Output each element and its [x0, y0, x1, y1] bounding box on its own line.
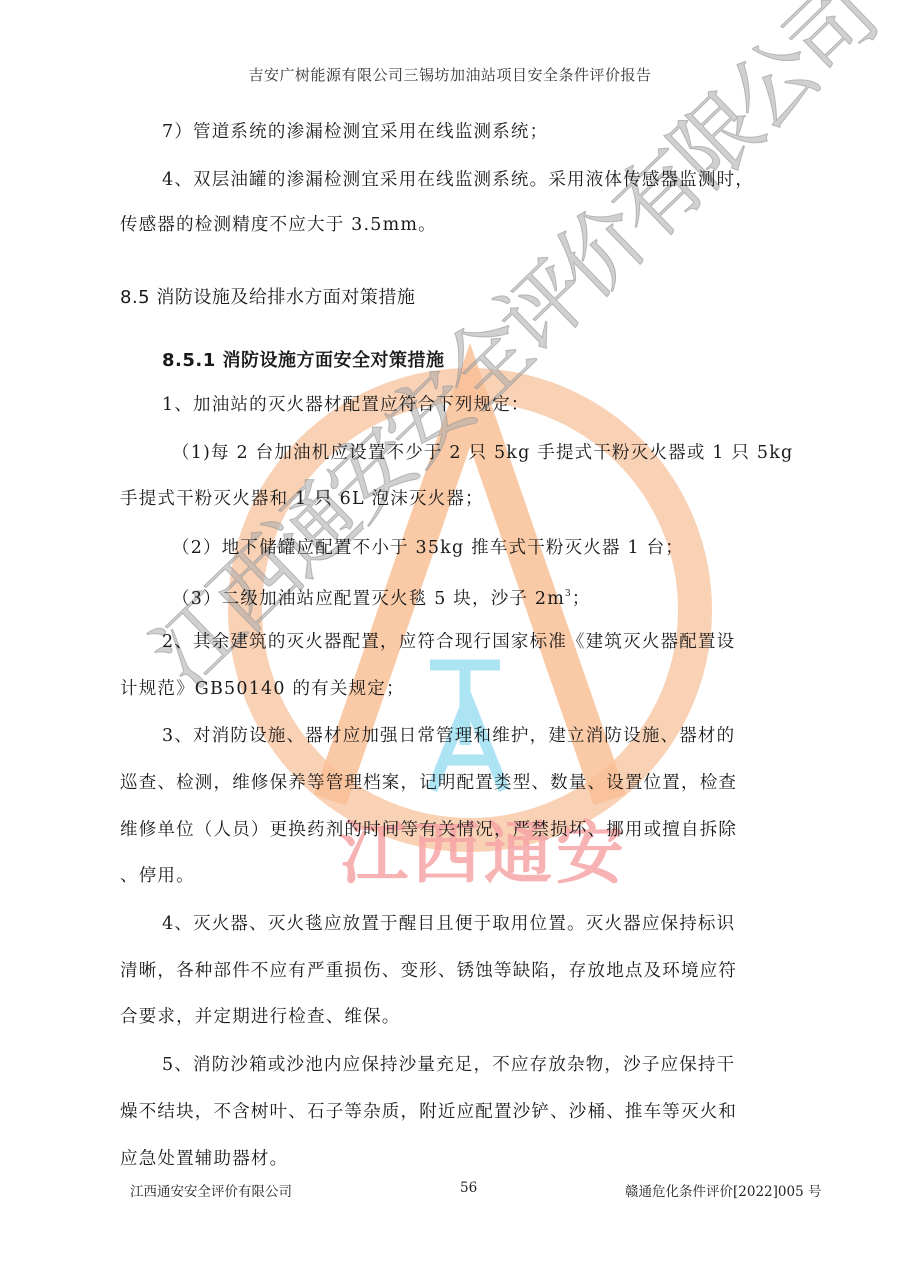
paragraph-4b-line-2: 清晰，各种部件不应有严重损伤、变形、锈蚀等缺陷，存放地点及环境应符 — [120, 959, 820, 983]
list-item-7: 7）管道系统的渗漏检测宜采用在线监测系统； — [162, 120, 862, 144]
paragraph-3-line-1: 3、对消防设施、器材应加强日常管理和维护，建立消防设施、器材的 — [162, 724, 862, 748]
footer-company: 江西通安安全评价有限公司 — [130, 1180, 292, 1200]
paragraph-1-sub-3: （3）二级加油站应配置灭火毯 5 块，沙子 2m3； — [172, 582, 872, 611]
paragraph-1-sub-1-line-2: 手提式干粉灭火器和 1 只 6L 泡沫灭火器； — [120, 487, 820, 511]
running-header: 吉安广树能源有限公司三锡坊加油站项目安全条件评价报告 — [0, 64, 900, 85]
paragraph-1-sub-1-line-1: （1)每 2 台加油机应设置不少于 2 只 5kg 手提式干粉灭火器或 1 只 … — [172, 441, 872, 465]
paragraph-4-line-2: 传感器的检测精度不应大于 3.5mm。 — [120, 213, 820, 237]
footer-report-number: 赣通危化条件评价[2022]005 号 — [625, 1180, 821, 1200]
paragraph-1: 1、加油站的灭火器材配置应符合下列规定： — [162, 393, 862, 417]
paragraph-5-line-3: 应急处置辅助器材。 — [120, 1147, 820, 1171]
paragraph-5-line-1: 5、消防沙箱或沙池内应保持沙量充足，不应存放杂物，沙子应保持干 — [162, 1053, 862, 1077]
page-content: 吉安广树能源有限公司三锡坊加油站项目安全条件评价报告 7）管道系统的渗漏检测宜采… — [0, 0, 900, 1272]
paragraph-4b-line-3: 合要求，并定期进行检查、维保。 — [120, 1005, 820, 1029]
paragraph-1-sub-2: （2）地下储罐应配置不小于 35kg 推车式干粉灭火器 1 台； — [172, 536, 872, 560]
paragraph-4b-line-1: 4、灭火器、灭火毯应放置于醒目且便于取用位置。灭火器应保持标识 — [162, 912, 862, 936]
section-heading-8-5-1: 8.5.1 消防设施方面安全对策措施 — [162, 346, 445, 372]
paragraph-1-sub-3-end: ； — [572, 589, 591, 609]
superscript-cubic: 3 — [565, 589, 572, 599]
paragraph-3-line-4: 、停用。 — [120, 864, 820, 888]
paragraph-3-line-2: 巡查、检测，维修保养等管理档案，记明配置类型、数量、设置位置，检查 — [120, 771, 820, 795]
paragraph-5-line-2: 燥不结块，不含树叶、石子等杂质，附近应配置沙铲、沙桶、推车等灭火和 — [120, 1100, 820, 1124]
footer-page-number: 56 — [460, 1180, 477, 1196]
paragraph-2-line-2: 计规范》GB50140 的有关规定； — [120, 677, 820, 701]
paragraph-2-line-1: 2、其余建筑的灭火器配置，应符合现行国家标准《建筑灭火器配置设 — [162, 630, 862, 654]
paragraph-4-line-1: 4、双层油罐的渗漏检测宜采用在线监测系统。采用液体传感器监测时， — [162, 168, 862, 192]
document-page: 江西通安安全评价有限公司 江西通安 吉安广树能源有限公司三锡坊加油站项目安全条件… — [0, 0, 900, 1272]
paragraph-1-sub-3-text: （3）二级加油站应配置灭火毯 5 块，沙子 2m — [172, 589, 565, 609]
paragraph-3-line-3: 维修单位（人员）更换药剂的时间等有关情况，严禁损坏、挪用或擅自拆除 — [120, 818, 820, 842]
section-heading-8-5: 8.5 消防设施及给排水方面对策措施 — [120, 283, 415, 309]
